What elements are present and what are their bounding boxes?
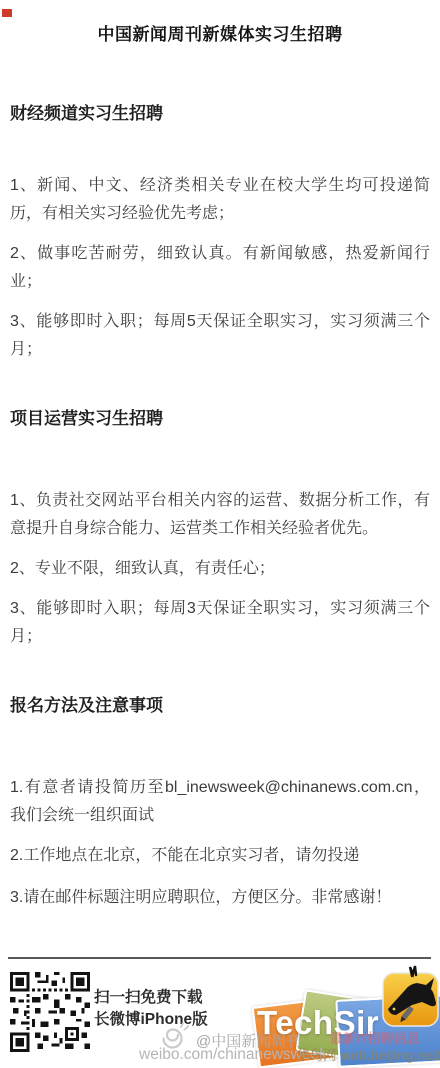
application-item: 2.工作地点在北京，不能在北京实习者，请勿投递 <box>10 842 430 870</box>
recruitment-item: 3、能够即时入职；每周5天保证全职实习，实习须满三个月； <box>10 308 430 364</box>
page-title: 中国新闻周刊新媒体实习生招聘 <box>10 0 430 46</box>
recruitment-item: 2、做事吃苦耐劳，细致认真。有新闻敏感，热爱新闻行业； <box>10 240 430 296</box>
application-item: 1.有意者请投简历至bl_inewsweek@chinanews.com.cn，… <box>10 774 430 830</box>
recruitment-item: 1、新闻、中文、经济类相关专业在校大学生均可投递简历，有相关实习经验优先考虑； <box>10 172 430 228</box>
application-item: 3.请在邮件标题注明应聘职位，方便区分。非常感谢！ <box>10 884 430 912</box>
recruitment-item: 3、能够即时入职；每周3天保证全职实习，实习须满三个月； <box>10 595 430 651</box>
red-corner-mark <box>2 9 12 17</box>
recruitment-item: 1、负责社交网站平台相关内容的运营、数据分析工作，有意提升自身综合能力、运营类工… <box>10 487 430 543</box>
qr-code-icon <box>10 972 90 1052</box>
section-apply: 1.有意者请投简历至bl_inewsweek@chinanews.com.cn，… <box>10 774 430 912</box>
recruitment-item: 2、专业不限，细致认真，有责任心； <box>10 555 430 583</box>
section-finance: 1、新闻、中文、经济类相关专业在校大学生均可投递简历，有相关实习经验优先考虑； … <box>10 172 430 364</box>
section-heading-finance: 财经频道实习生招聘 <box>10 103 430 124</box>
section-heading-operations: 项目运营实习生招聘 <box>10 408 430 429</box>
long-weibo-page: 中国新闻周刊新媒体实习生招聘 财经频道实习生招聘 1、新闻、中文、经济类相关专业… <box>0 0 440 1068</box>
footer-divider <box>8 957 431 959</box>
giraffe-app-icon <box>382 964 440 1035</box>
section-heading-apply: 报名方法及注意事项 <box>10 695 430 716</box>
techsir-watermark-line2: 华鸟网 web.beijing.ne2p <box>296 1044 440 1064</box>
document-content: 中国新闻周刊新媒体实习生招聘 财经频道实习生招聘 1、新闻、中文、经济类相关专业… <box>0 0 440 912</box>
section-operations: 1、负责社交网站平台相关内容的运营、数据分析工作，有意提升自身综合能力、运营类工… <box>10 487 430 651</box>
qr-caption-line1: 扫一扫免费下载 <box>94 987 208 1009</box>
